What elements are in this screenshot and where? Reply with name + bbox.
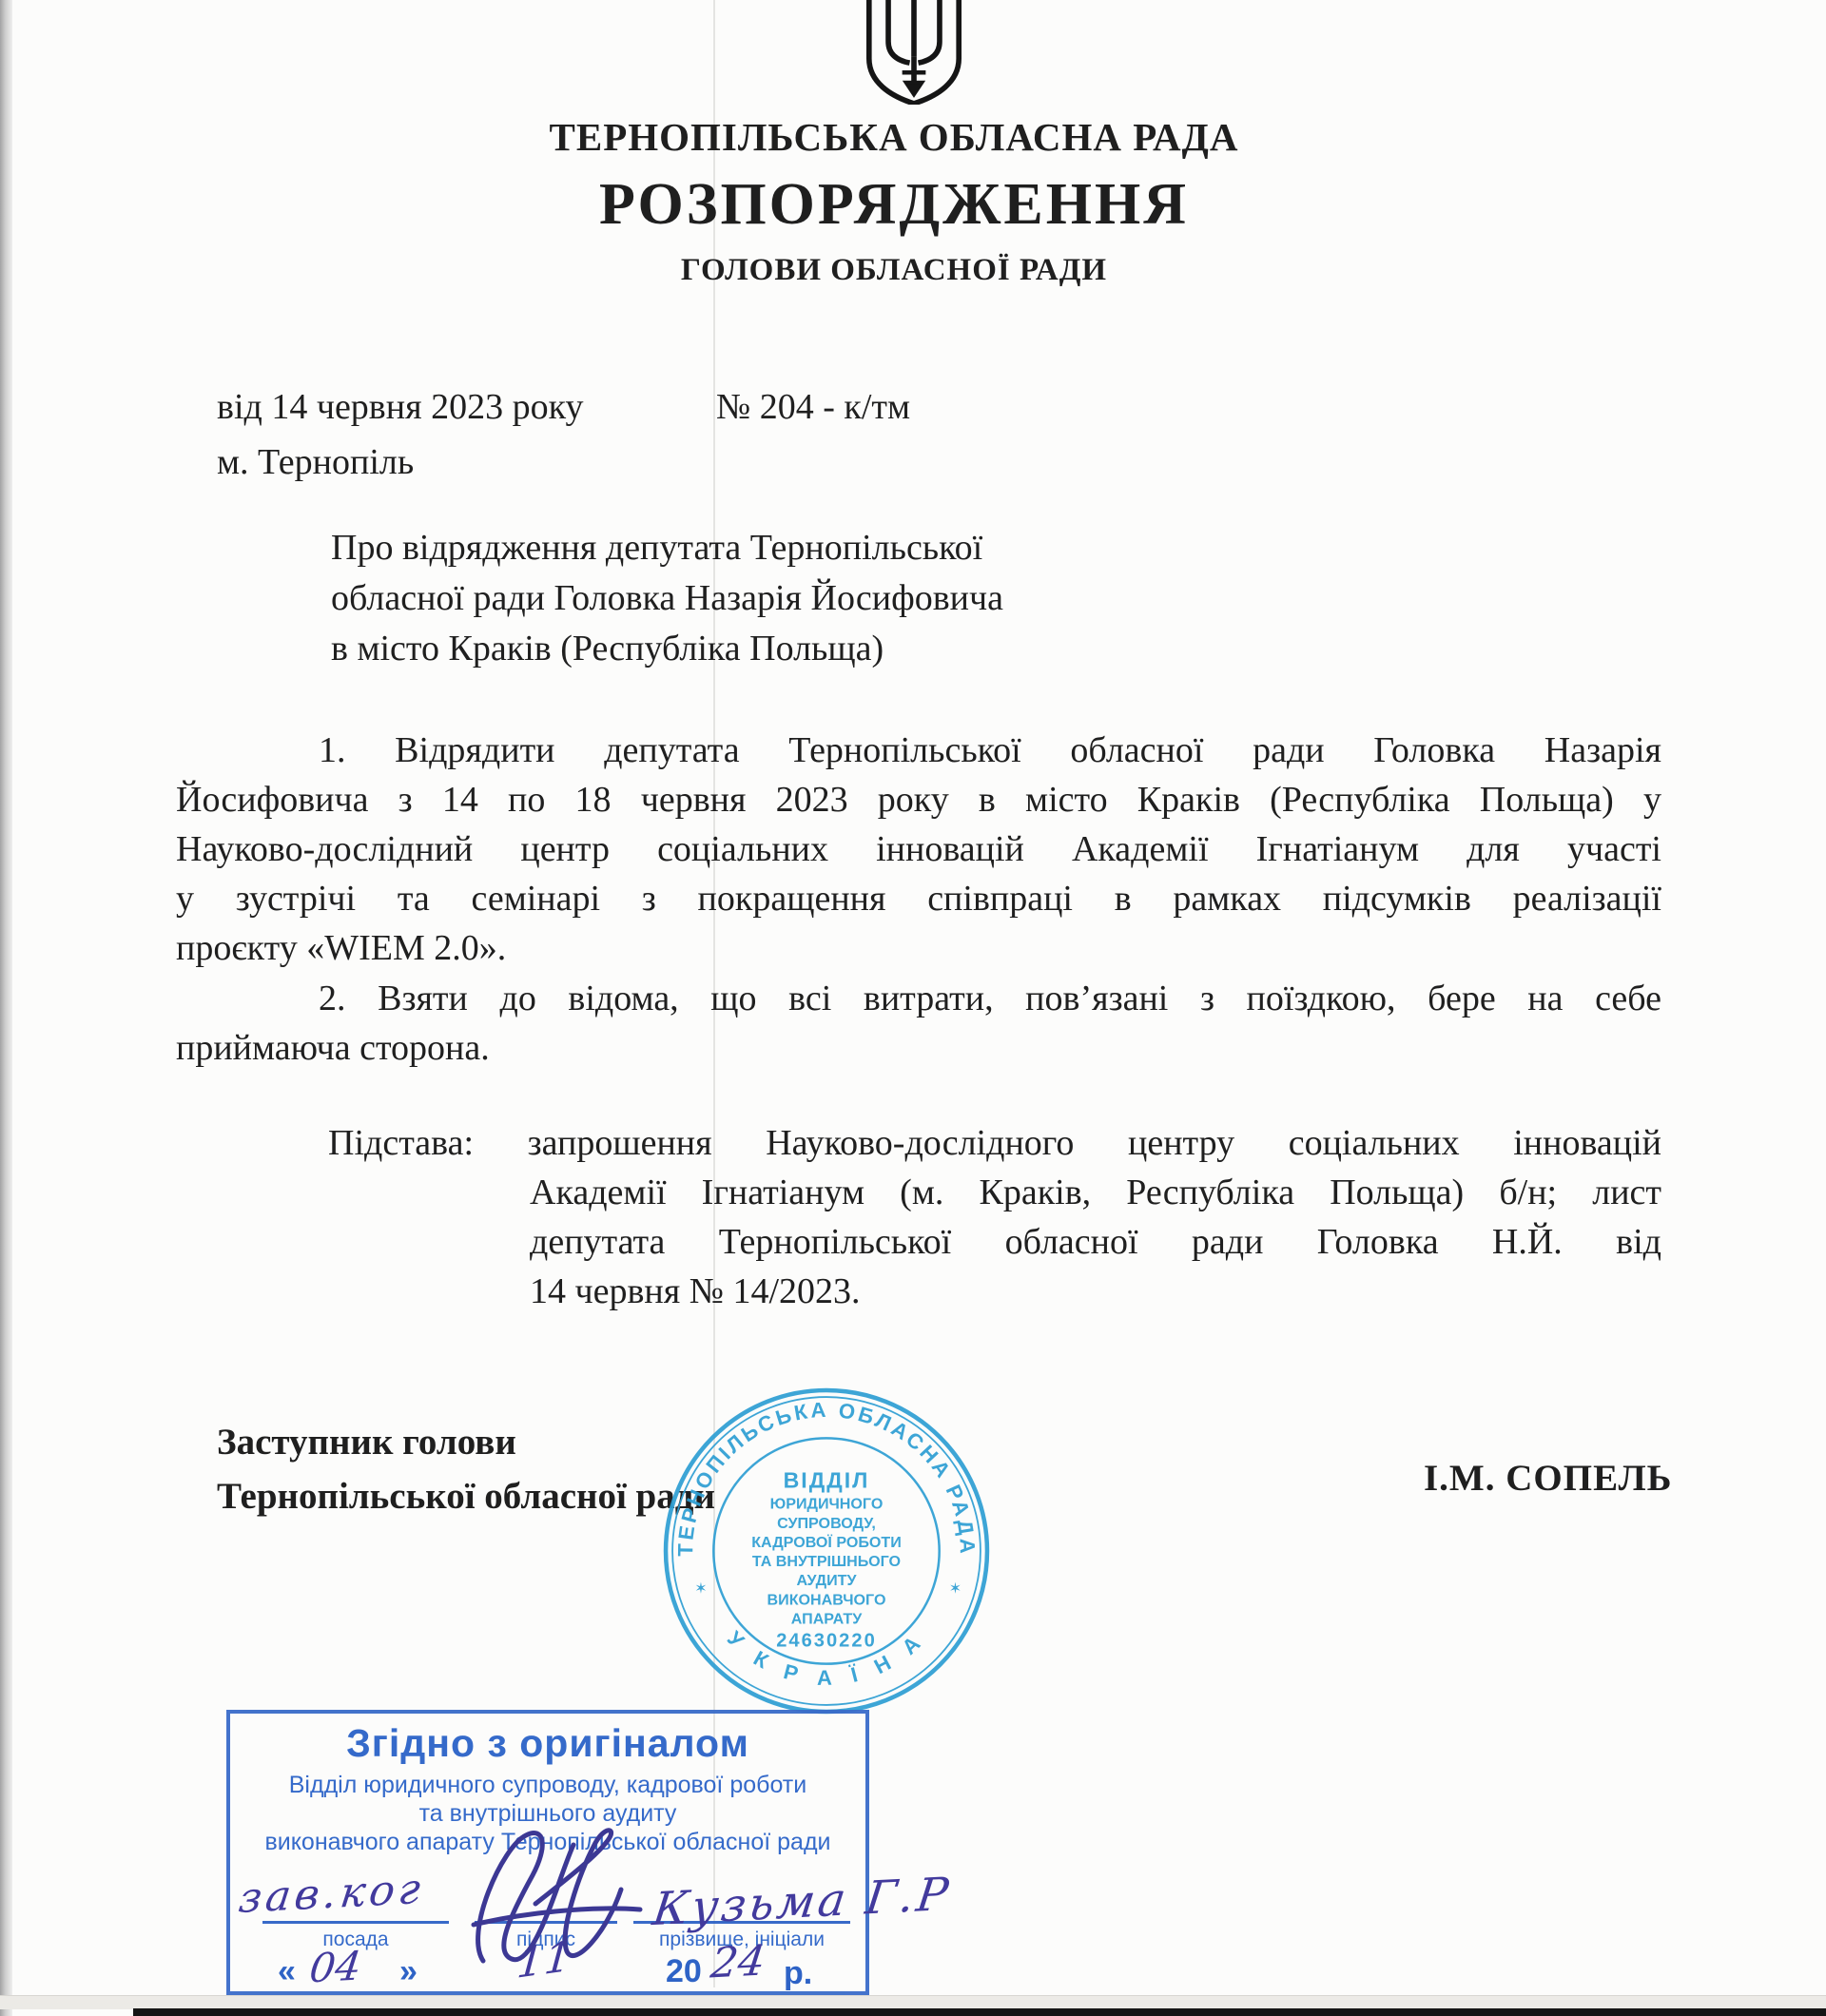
doc-subtitle: ГОЛОВИ ОБЛАСНОЇ РАДИ xyxy=(0,253,1788,288)
body-line: приймаюча сторона. xyxy=(176,1023,1661,1073)
body-line: у зустрічі та семінарі з покращення спів… xyxy=(176,874,1661,923)
scan-bottom-strip xyxy=(0,1995,1826,2009)
doc-type-title: РОЗПОРЯДЖЕННЯ xyxy=(0,171,1788,239)
signer-title: Заступник голови Тернопільської обласної… xyxy=(217,1415,715,1523)
signer-title-line: Заступник голови xyxy=(217,1415,715,1469)
body-line: Науково-дослідний центр соціальних іннов… xyxy=(176,824,1661,874)
basis-label: Підстава: xyxy=(328,1123,474,1163)
signer-name: І.М. СОПЕЛЬ xyxy=(1424,1457,1672,1500)
basis-block: Підстава: запрошення Науково-дослідного … xyxy=(328,1118,1661,1316)
basis-line: 14 червня № 14/2023. xyxy=(328,1267,1661,1316)
date-century: 20 xyxy=(666,1953,702,1990)
body-line: 1. Відрядити депутата Тернопільської обл… xyxy=(176,726,1661,775)
org-name: ТЕРНОПІЛЬСЬКА ОБЛАСНА РАДА xyxy=(0,114,1788,160)
doc-date: від 14 червня 2023 року xyxy=(217,386,584,428)
doc-number: № 204 - к/тм xyxy=(716,386,910,428)
doc-city: м. Тернопіль xyxy=(217,441,414,483)
signature-scribble-icon xyxy=(445,1818,654,1975)
stamp-center-line: СУПРОВОДУ, xyxy=(777,1515,876,1532)
body-paragraph-1: 1. Відрядити депутата Тернопільської обл… xyxy=(176,726,1661,973)
subject-line: Про відрядження депутата Тернопільської xyxy=(331,523,1003,573)
date-quote-close: » xyxy=(399,1953,418,1990)
scan-left-edge xyxy=(0,0,12,2016)
round-official-stamp: ТЕРНОПІЛЬСЬКА ОБЛАСНА РАДА У К Р А Ї Н А… xyxy=(660,1385,993,1717)
handwritten-position: зав.ког xyxy=(236,1865,427,1923)
stamp-center-line: ВИКОНАВЧОГО xyxy=(767,1591,886,1608)
basis-line: депутата Тернопільської обласної ради Го… xyxy=(328,1217,1661,1267)
scan-bottom-bar xyxy=(133,2008,1826,2016)
stamp-center-line: КАДРОВОЇ РОБОТИ xyxy=(751,1534,902,1551)
stamp-center-line: АПАРАТУ xyxy=(791,1610,864,1627)
stamp-center-line: ЮРИДИЧНОГО xyxy=(770,1496,884,1513)
handwritten-year: 24 xyxy=(709,1937,768,1988)
subject-line: в місто Краків (Республіка Польща) xyxy=(331,624,1003,674)
body-line: проєкту «WIEM 2.0». xyxy=(176,923,1661,973)
date-quote-open: « xyxy=(278,1953,296,1990)
ukraine-trident-emblem-icon xyxy=(855,0,973,105)
basis-line: Підстава: запрошення Науково-дослідного … xyxy=(328,1118,1661,1168)
body-paragraph-2: 2. Взяти до відома, що всі витрати, пов’… xyxy=(176,974,1661,1073)
body-line: Йосифовича з 14 по 18 червня 2023 року в… xyxy=(176,775,1661,824)
stamp-star-icon: ✶ xyxy=(694,1580,707,1597)
basis-text: запрошення Науково-дослідного центру соц… xyxy=(528,1123,1661,1163)
document-page: ТЕРНОПІЛЬСЬКА ОБЛАСНА РАДА РОЗПОРЯДЖЕННЯ… xyxy=(0,0,1826,2016)
body-line: 2. Взяти до відома, що всі витрати, пов’… xyxy=(176,974,1661,1023)
stamp-center-number: 24630220 xyxy=(776,1631,877,1652)
subject-block: Про відрядження депутата Тернопільської … xyxy=(331,523,1003,674)
copy-stamp-title: Згідно з оригіналом xyxy=(230,1721,865,1766)
signer-title-line: Тернопільської обласної ради xyxy=(217,1469,715,1523)
stamp-center-line: ТА ВНУТРІШНЬОГО xyxy=(752,1553,901,1570)
dept-line: Відділ юридичного супроводу, кадрової ро… xyxy=(230,1771,865,1799)
handwritten-day: 04 xyxy=(307,1943,364,1992)
date-year-label: р. xyxy=(784,1955,812,1992)
stamp-center-line: ВІДДІЛ xyxy=(784,1468,870,1493)
basis-line: Академії Ігнатіанум (м. Краків, Республі… xyxy=(328,1168,1661,1217)
stamp-center-line: АУДИТУ xyxy=(796,1572,857,1589)
stamp-star-icon: ✶ xyxy=(949,1580,962,1597)
subject-line: обласної ради Головка Назарія Йосифовича xyxy=(331,573,1003,624)
position-blank-line xyxy=(262,1921,449,1924)
